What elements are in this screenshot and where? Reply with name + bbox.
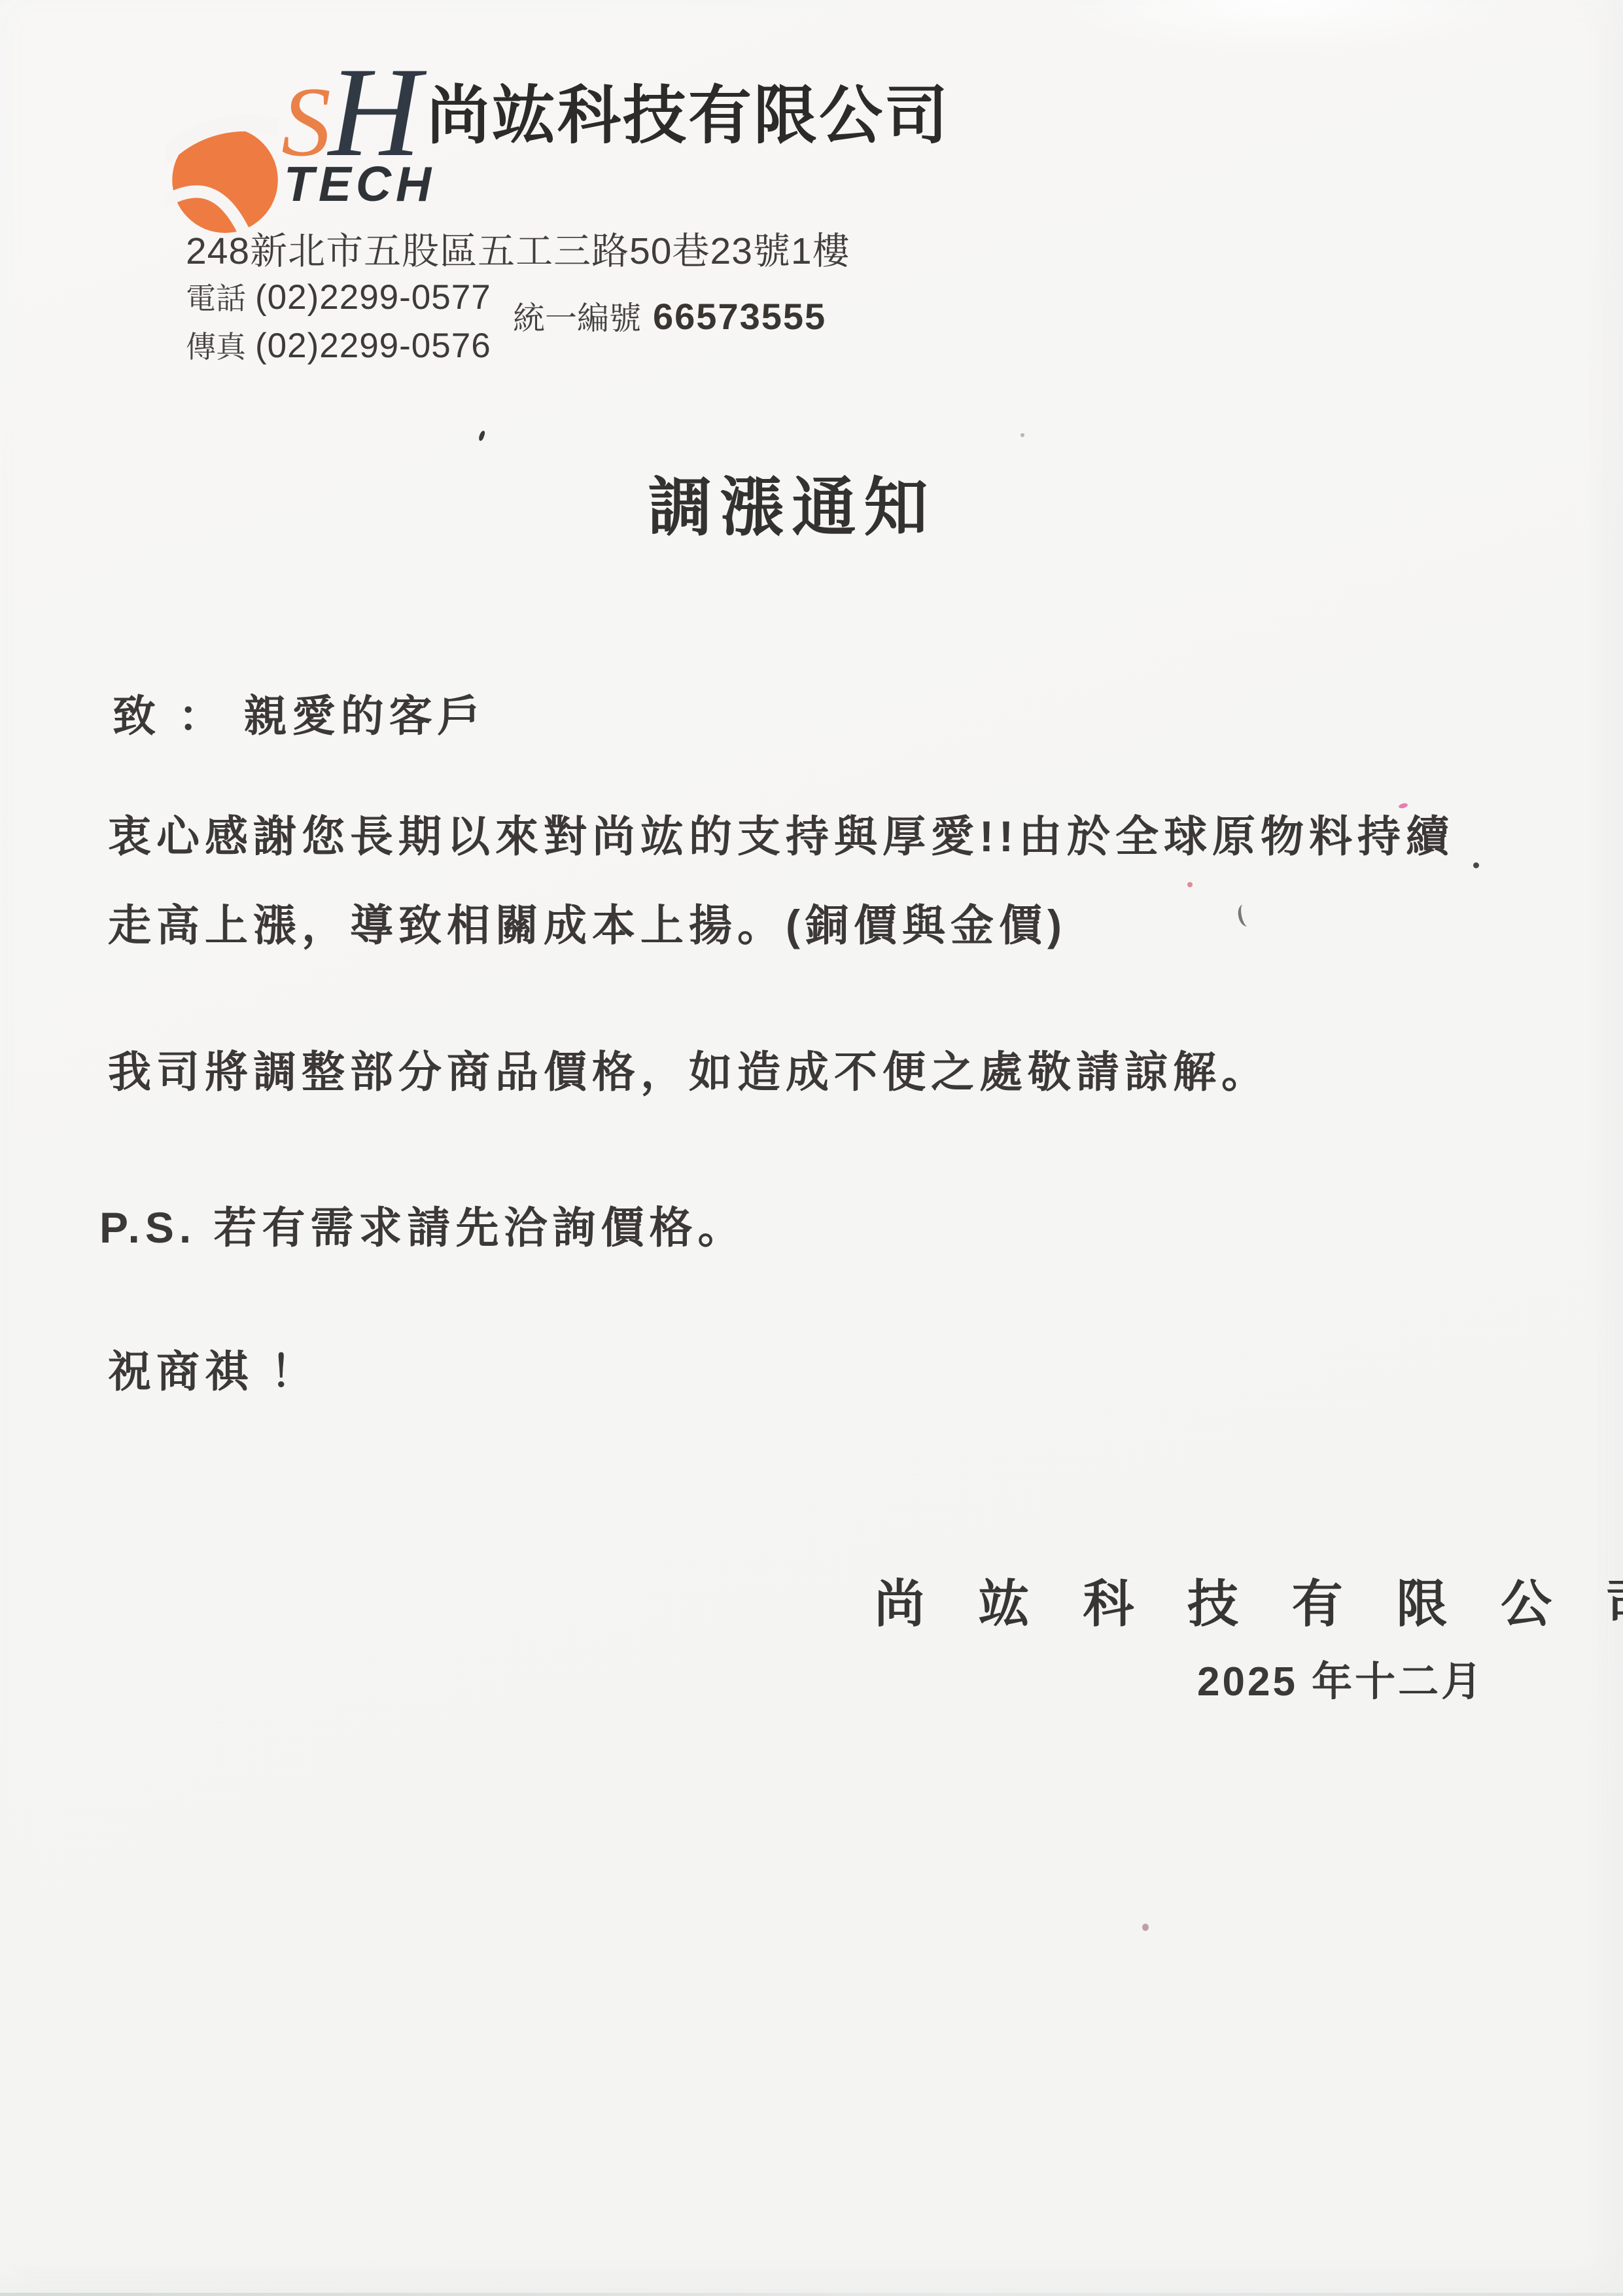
tax-id-number: 66573555: [653, 296, 826, 337]
tax-id-label: 統一編號: [513, 301, 641, 336]
logo-tech-wordmark: TECH: [284, 160, 436, 209]
letter-page: SH TECH 尚竑科技有限公司 248新北市五股區五工三路50巷23號1樓 電…: [0, 0, 1623, 2296]
paragraph1-line2: 走高上漲，導致相關成本上揚。(銅價與金價): [108, 902, 1067, 949]
phone-label: 電話: [186, 281, 246, 315]
closing-wish: 祝商祺 ！: [108, 1348, 319, 1396]
scan-speck: [1236, 903, 1255, 928]
company-logo-icon: [165, 96, 279, 236]
paragraph2: 我司將調整部分商品價格，如造成不便之處敬請諒解。: [108, 1048, 1270, 1096]
paragraph1-line1: 衷心感謝您長期以來對尚竑的支持與厚愛!!由於全球原物料持續: [108, 813, 1454, 860]
company-name: 尚竑科技有限公司: [427, 84, 950, 147]
scan-speck: [1021, 433, 1024, 437]
scan-speck: [1473, 862, 1479, 868]
company-address: 248新北市五股區五工三路50巷23號1樓: [186, 221, 850, 275]
postscript: P.S. 若有需求請先洽詢價格。: [99, 1204, 746, 1252]
fax-line: 傳真(02)2299-0576: [186, 323, 491, 366]
letter-title: 調漲通知: [0, 475, 1603, 539]
scan-speck: [478, 430, 486, 441]
salutation: 致 ： 親愛的客戶: [113, 692, 486, 740]
scan-speck: [1398, 802, 1408, 809]
signature-company-name: 尚 竑 科 技 有 限 公 司: [874, 1578, 1623, 1629]
fax-label: 傳真: [186, 330, 246, 364]
scan-bottom-edge: [0, 2293, 1623, 2296]
tax-id-line: 統一編號66573555: [513, 293, 826, 339]
fax-number: (02)2299-0576: [255, 327, 491, 365]
scan-speck: [1187, 882, 1193, 887]
phone-number: (02)2299-0577: [255, 278, 491, 317]
phone-line: 電話(02)2299-0577: [186, 275, 491, 318]
scan-speck: [1142, 1924, 1149, 1931]
letter-date: 2025 年十二月: [1197, 1662, 1484, 1703]
